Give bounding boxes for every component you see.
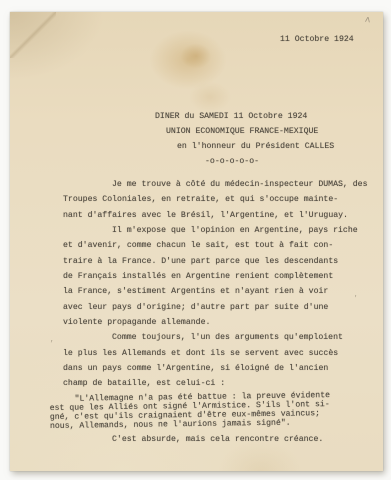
closing-line: C'est absurde, mais cela rencontre créan… xyxy=(10,434,383,446)
paragraph-opinion-argentine: Il m'expose que l'opinion en Argentine, … xyxy=(10,223,383,330)
paragraph-dumas: Je me trouve à côté du médecin-inspecteu… xyxy=(10,177,383,223)
quoted-german-argument: "L'Allemagne n'a pas été battue : la pre… xyxy=(10,391,383,432)
heading-line-dinner: DINER du SAMEDI 11 Octobre 1924 xyxy=(155,112,307,121)
heading-line-honneur: en l'honneur du Président CALLES xyxy=(177,142,334,151)
paper-sheet: ʌ 11 Octobre 1924 DINER du SAMEDI 11 Oct… xyxy=(10,12,383,471)
letter-body: Je me trouve à côté du médecin-inspecteu… xyxy=(10,177,383,446)
pencil-speck-left: , xyxy=(50,336,54,344)
scanned-letter-page: ʌ 11 Octobre 1924 DINER du SAMEDI 11 Oct… xyxy=(0,0,391,480)
date-line: 11 Octobre 1924 xyxy=(280,35,354,44)
paragraph-arguments-allemands: Comme toujours, l'un des arguments qu'em… xyxy=(10,330,383,391)
heading-separator: -o-o-o-o-o- xyxy=(205,157,259,166)
heading-line-union: UNION ECONOMIQUE FRANCE-MEXIQUE xyxy=(166,127,318,136)
pencil-caret-mark: ʌ xyxy=(364,15,371,26)
corner-crease xyxy=(10,12,56,58)
